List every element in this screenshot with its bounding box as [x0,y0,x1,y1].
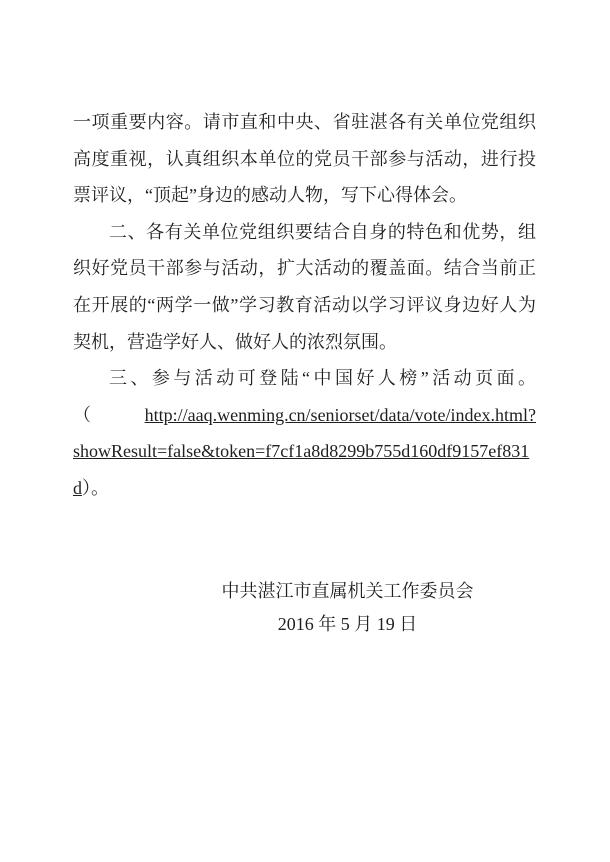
body-paragraph-3: 三、参与活动可登陆“中国好人榜”活动页面。（http://aaq.wenming… [73,360,536,506]
body-paragraph-1: 一项重要内容。请市直和中央、省驻湛各有关单位党组织高度重视，认真组织本单位的党员… [73,104,536,214]
signature-date: 2016 年 5 月 19 日 [159,608,536,641]
closing-block: 中共湛江市直属机关工作委员会 2016 年 5 月 19 日 [159,575,536,641]
paragraph-3-closing-text: ）。 [82,478,109,498]
signature-org-name: 中共湛江市直属机关工作委员会 [159,575,536,608]
document-body: 一项重要内容。请市直和中央、省驻湛各有关单位党组织高度重视，认真组织本单位的党员… [73,104,536,641]
body-paragraph-2: 二、各有关单位党组织要结合自身的特色和优势，组织好党员干部参与活动，扩大活动的覆… [73,214,536,360]
document-page: 一项重要内容。请市直和中央、省驻湛各有关单位党组织高度重视，认真组织本单位的党员… [0,0,610,862]
